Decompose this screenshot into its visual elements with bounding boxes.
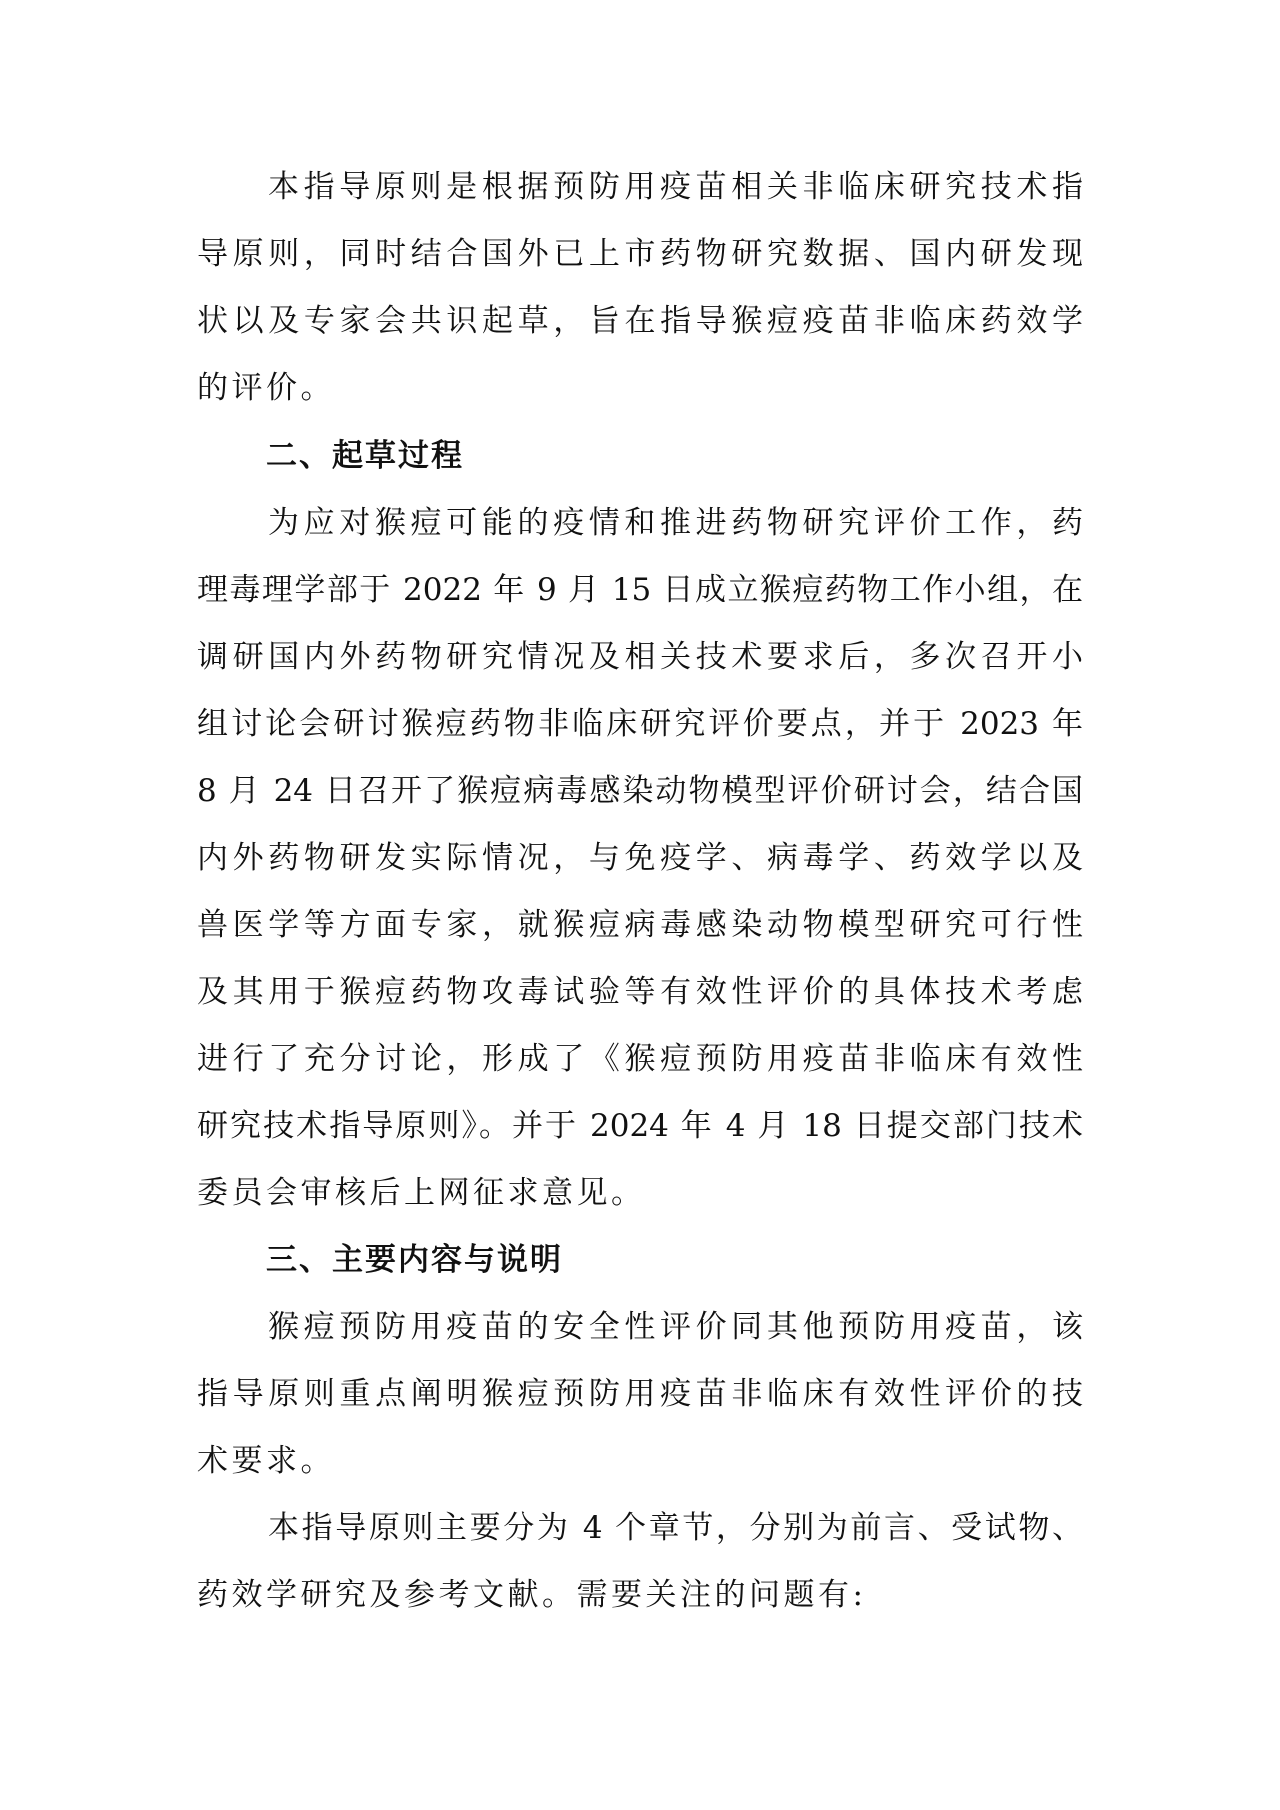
section-heading-drafting-process: 二、起草过程 [266,423,464,490]
section-heading-main-content: 三、主要内容与说明 [266,1227,563,1294]
paragraph-drafting-line: 8 月 24 日召开了猴痘病毒感染动物模型评价研讨会，结合国 [197,758,1083,825]
paragraph-drafting-line: 理毒理学部于 2022 年 9 月 15 日成立猴痘药物工作小组，在 [197,557,1083,624]
paragraph-content-line: 指导原则重点阐明猴痘预防用疫苗非临床有效性评价的技 [197,1361,1083,1428]
paragraph-drafting-line: 内外药物研发实际情况，与免疫学、病毒学、药效学以及 [197,825,1083,892]
paragraph-intro-line: 状以及专家会共识起草，旨在指导猴痘疫苗非临床药效学 [197,288,1083,355]
paragraph-drafting-line: 委员会审核后上网征求意见。 [197,1160,1083,1227]
paragraph-drafting-line: 兽医学等方面专家，就猴痘病毒感染动物模型研究可行性 [197,892,1083,959]
paragraph-intro-line: 的评价。 [197,355,1083,422]
paragraph-content-line: 猴痘预防用疫苗的安全性评价同其他预防用疫苗，该 [268,1294,1083,1361]
paragraph-structure-line: 药效学研究及参考文献。需要关注的问题有: [197,1562,1083,1629]
document-page: 本指导原则是根据预防用疫苗相关非临床研究技术指 导原则，同时结合国外已上市药物研… [0,0,1280,1810]
paragraph-drafting-line: 为应对猴痘可能的疫情和推进药物研究评价工作，药 [268,490,1083,557]
paragraph-structure-line: 本指导原则主要分为 4 个章节，分别为前言、受试物、 [268,1495,1083,1562]
paragraph-content-line: 术要求。 [197,1428,1083,1495]
paragraph-drafting-line: 进行了充分讨论，形成了《猴痘预防用疫苗非临床有效性 [197,1026,1083,1093]
paragraph-drafting-line: 研究技术指导原则》。并于 2024 年 4 月 18 日提交部门技术 [197,1093,1083,1160]
paragraph-drafting-line: 及其用于猴痘药物攻毒试验等有效性评价的具体技术考虑 [197,959,1083,1026]
paragraph-drafting-line: 调研国内外药物研究情况及相关技术要求后，多次召开小 [197,624,1083,691]
paragraph-drafting-line: 组讨论会研讨猴痘药物非临床研究评价要点，并于 2023 年 [197,691,1083,758]
paragraph-intro-line: 导原则，同时结合国外已上市药物研究数据、国内研发现 [197,221,1083,288]
paragraph-intro-line: 本指导原则是根据预防用疫苗相关非临床研究技术指 [268,154,1083,221]
